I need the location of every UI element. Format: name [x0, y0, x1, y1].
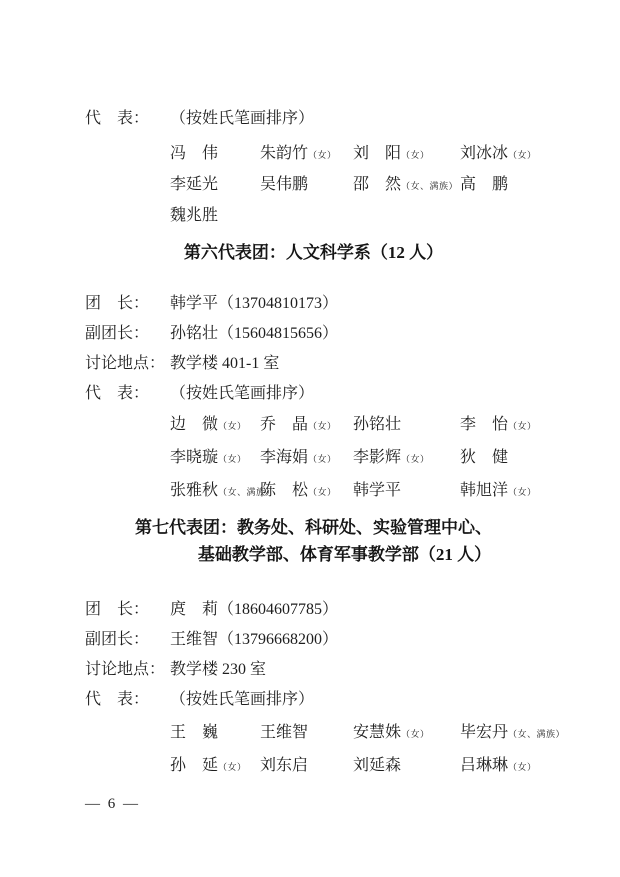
delegate-cell: 冯 伟: [170, 139, 260, 170]
section7-representatives-row: 代 表： （按姓氏笔画排序）: [85, 685, 542, 715]
location-value: 教学楼 401-1 室: [170, 349, 279, 379]
delegate-note: （女）: [401, 454, 430, 464]
delegate-name: 安慧姝: [353, 724, 401, 741]
delegate-note: （女）: [508, 150, 537, 160]
deputy-value: 孙铭壮（15604815656）: [170, 319, 338, 349]
location-label: 讨论地点：: [85, 655, 170, 685]
delegate-note: （女）: [308, 454, 337, 464]
delegate-name: 刘东启: [260, 757, 308, 774]
delegate-cell: 狄 健: [460, 442, 542, 475]
delegate-note: （女、满族）: [401, 181, 458, 191]
deputy-value: 王维智（13796668200）: [170, 625, 338, 655]
location-label: 讨论地点：: [85, 349, 170, 379]
delegate-cell: 高 鹏: [460, 170, 542, 201]
delegate-cell: 李延光: [170, 170, 260, 201]
deputy-label: 副团长：: [85, 625, 170, 655]
delegate-cell: 韩旭洋（女）: [460, 475, 542, 508]
delegate-cell: 孙铭壮: [353, 409, 460, 442]
delegate-cell: 张雅秋（女、满族）: [170, 475, 260, 508]
delegate-name: 王维智: [260, 724, 308, 741]
delegate-name: 边 微: [170, 416, 218, 433]
delegate-cell: 王维智: [260, 717, 353, 750]
carryover-delegate-grid: 冯 伟 朱韵竹（女） 刘 阳（女） 刘冰冰（女） 李延光 吴伟鹏 邵 然（女、满…: [170, 139, 542, 232]
carryover-representatives-row: 代 表： （按姓氏笔画排序）: [85, 104, 542, 134]
sort-order-note: （按姓氏笔画排序）: [170, 104, 314, 134]
head-value: 庹 莉（18604607785）: [170, 595, 338, 625]
delegate-name: 韩学平: [353, 482, 401, 499]
delegate-name: 狄 健: [460, 449, 508, 466]
delegate-cell: 魏兆胜: [170, 201, 260, 232]
sort-order-note: （按姓氏笔画排序）: [170, 685, 314, 715]
page-number: — 6 —: [85, 796, 140, 813]
sort-order-note: （按姓氏笔画排序）: [170, 379, 314, 409]
section7-deputy-row: 副团长： 王维智（13796668200）: [85, 625, 542, 655]
delegate-name: 李海娟: [260, 449, 308, 466]
head-label: 团 长：: [85, 595, 170, 625]
delegate-note: （女、满族）: [508, 729, 565, 739]
section7-head-row: 团 长： 庹 莉（18604607785）: [85, 595, 542, 625]
delegate-name: 魏兆胜: [170, 207, 218, 224]
delegate-name: 高 鹏: [460, 176, 508, 193]
representatives-label: 代 表：: [85, 685, 170, 715]
section7-title-line1: 第七代表团：教务处、科研处、实验管理中心、: [85, 514, 542, 541]
section7-delegate-grid: 王 巍 王维智 安慧姝（女） 毕宏丹（女、满族） 孙 延（女） 刘东启 刘延森 …: [170, 717, 542, 783]
delegate-note: （女）: [401, 729, 430, 739]
delegate-name: 冯 伟: [170, 145, 218, 162]
delegate-cell: 陈 松（女）: [260, 475, 353, 508]
delegate-name: 吴伟鹏: [260, 176, 308, 193]
section7-title: 第七代表团：教务处、科研处、实验管理中心、 基础教学部、体育军事教学部（21 人…: [85, 514, 542, 568]
delegate-note: （女）: [308, 421, 337, 431]
delegate-cell: 边 微（女）: [170, 409, 260, 442]
delegate-note: （女）: [218, 421, 247, 431]
section6-delegate-grid: 边 微（女） 乔 晶（女） 孙铭壮 李 怡（女） 李晓璇（女） 李海娟（女） 李…: [170, 409, 542, 508]
document-page: 代 表： （按姓氏笔画排序） 冯 伟 朱韵竹（女） 刘 阳（女） 刘冰冰（女） …: [0, 0, 620, 877]
location-value: 教学楼 230 室: [170, 655, 266, 685]
delegate-cell: 吕琳琳（女）: [460, 750, 565, 783]
delegate-name: 李 怡: [460, 416, 508, 433]
representatives-label: 代 表：: [85, 379, 170, 409]
delegate-name: 李晓璇: [170, 449, 218, 466]
representatives-label: 代 表：: [85, 104, 170, 134]
delegate-name: 吕琳琳: [460, 757, 508, 774]
delegate-note: （女）: [308, 150, 337, 160]
delegate-cell: 李影辉（女）: [353, 442, 460, 475]
delegate-cell: 朱韵竹（女）: [260, 139, 353, 170]
delegate-note: （女）: [508, 762, 537, 772]
delegate-name: 刘 阳: [353, 145, 401, 162]
delegate-cell: 刘冰冰（女）: [460, 139, 542, 170]
section6-representatives-row: 代 表： （按姓氏笔画排序）: [85, 379, 542, 409]
delegate-name: 朱韵竹: [260, 145, 308, 162]
delegate-cell: 孙 延（女）: [170, 750, 260, 783]
delegate-name: 孙 延: [170, 757, 218, 774]
delegate-name: 李延光: [170, 176, 218, 193]
delegate-cell: 刘延森: [353, 750, 460, 783]
delegate-name: 邵 然: [353, 176, 401, 193]
delegate-note: （女）: [218, 454, 247, 464]
delegate-note: （女）: [508, 421, 537, 431]
delegate-cell: 乔 晶（女）: [260, 409, 353, 442]
delegate-note: （女）: [508, 487, 537, 497]
section6-fields: 团 长： 韩学平（13704810173） 副团长： 孙铭壮（156048156…: [85, 289, 542, 409]
delegate-name: 刘延森: [353, 757, 401, 774]
delegate-cell: 吴伟鹏: [260, 170, 353, 201]
section7-fields: 团 长： 庹 莉（18604607785） 副团长： 王维智（137966682…: [85, 595, 542, 715]
section7-title-line2: 基础教学部、体育军事教学部（21 人）: [116, 541, 573, 568]
delegate-cell: 安慧姝（女）: [353, 717, 460, 750]
delegate-cell: 王 巍: [170, 717, 260, 750]
delegate-cell: 李海娟（女）: [260, 442, 353, 475]
delegate-note: （女）: [401, 150, 430, 160]
section6-deputy-row: 副团长： 孙铭壮（15604815656）: [85, 319, 542, 349]
delegate-name: 韩旭洋: [460, 482, 508, 499]
delegate-name: 毕宏丹: [460, 724, 508, 741]
delegate-name: 陈 松: [260, 482, 308, 499]
delegate-name: 王 巍: [170, 724, 218, 741]
delegate-cell: 邵 然（女、满族）: [353, 170, 460, 201]
delegate-cell: 毕宏丹（女、满族）: [460, 717, 565, 750]
section6-title: 第六代表团：人文科学系（12 人）: [85, 240, 542, 266]
delegate-name: 刘冰冰: [460, 145, 508, 162]
delegate-name: 张雅秋: [170, 482, 218, 499]
head-value: 韩学平（13704810173）: [170, 289, 338, 319]
section6-location-row: 讨论地点： 教学楼 401-1 室: [85, 349, 542, 379]
delegate-cell: 韩学平: [353, 475, 460, 508]
delegate-cell: 李晓璇（女）: [170, 442, 260, 475]
section6-head-row: 团 长： 韩学平（13704810173）: [85, 289, 542, 319]
head-label: 团 长：: [85, 289, 170, 319]
delegate-name: 孙铭壮: [353, 416, 401, 433]
delegate-cell: 刘东启: [260, 750, 353, 783]
section7-location-row: 讨论地点： 教学楼 230 室: [85, 655, 542, 685]
deputy-label: 副团长：: [85, 319, 170, 349]
delegate-cell: 刘 阳（女）: [353, 139, 460, 170]
delegate-cell: 李 怡（女）: [460, 409, 542, 442]
delegate-name: 乔 晶: [260, 416, 308, 433]
delegate-note: （女）: [218, 762, 247, 772]
delegate-name: 李影辉: [353, 449, 401, 466]
delegate-note: （女）: [308, 487, 337, 497]
